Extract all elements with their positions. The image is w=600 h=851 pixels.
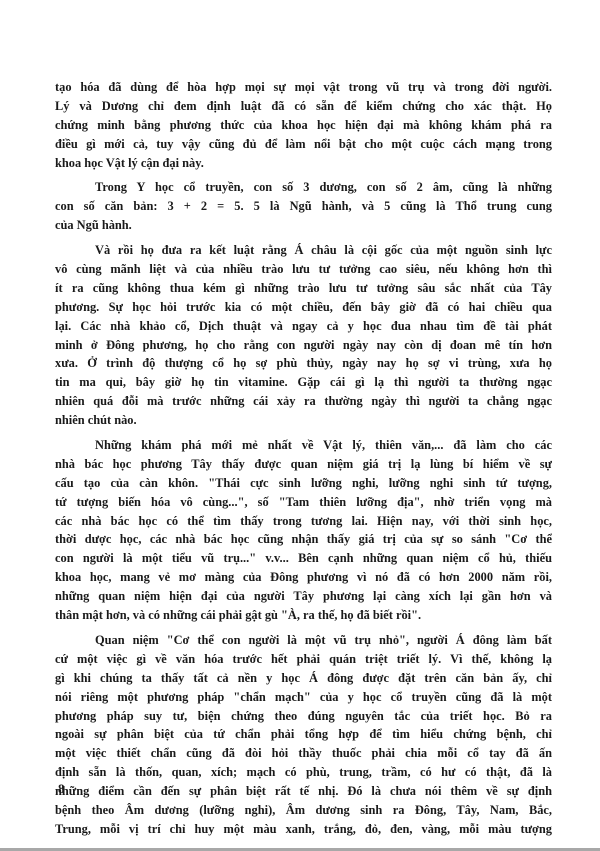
text-line: định sẵn là thốn, quan, xích; mạch có ph… [55,763,552,782]
text-line: cấu tạo của càn khôn. "Thái cực sinh lưỡ… [55,474,552,493]
text-line: con số căn bản: 3 + 2 = 5. 5 là Ngũ hành… [55,197,552,216]
paragraph-2: Trong Y học cổ truyền, con số 3 dương, c… [55,178,552,235]
text-line: xưa. Ở trình độ thượng cổ họ sợ phù thủy… [55,354,552,373]
text-line: các nhà bác học có thể tìm thấy trong tư… [55,512,552,531]
body-text: tạo hóa đã dùng để hòa hợp mọi sự mọi vậ… [55,78,552,839]
paragraph-4: Những khám phá mới mẻ nhất về Vật lý, th… [55,436,552,625]
text-line: những quan niệm hiện đại của người Tây p… [55,587,552,606]
text-line: Quan niệm "Cơ thể con người là một vũ tr… [55,631,552,650]
text-line: lại. Các nhà khảo cổ, Dịch thuật và ngay… [55,317,552,336]
text-line: tin ma quỉ, bây giờ họ tin vitamine. Gặp… [55,373,552,392]
text-line: con người là một tiểu vũ trụ..." v.v... … [55,549,552,568]
text-line: chứng minh bằng phương thức của khoa học… [55,116,552,135]
text-line: khoa học Vật lý cận đại này. [55,154,552,173]
book-page: tạo hóa đã dùng để hòa hợp mọi sự mọi vậ… [0,0,600,848]
text-line: Lý và Dương chỉ đem định luật đã có sẵn … [55,97,552,116]
text-line: điều gì mới cả, tuy vậy cũng đủ để làm n… [55,135,552,154]
text-line: những điểm cần đến sự phân biệt rất tế n… [55,782,552,801]
paragraph-3: Và rồi họ đưa ra kết luật rằng Á châu là… [55,241,552,430]
text-line: thân mật hơn, và có những cái phải gật g… [55,606,552,625]
text-line: tạo hóa đã dùng để hòa hợp mọi sự mọi vậ… [55,78,552,97]
text-line: Và rồi họ đưa ra kết luật rằng Á châu là… [55,241,552,260]
text-line: tứ tượng biến hóa vô cùng...", số "Tam t… [55,493,552,512]
text-line: ngoài sự phân biệt của tứ chẩn phải tổng… [55,725,552,744]
text-line: nhiên quá đỗi mà trước những cái xảy ra … [55,392,552,411]
text-line: nói riêng một phương pháp "chẩn mạch" củ… [55,688,552,707]
text-line: của Ngũ hành. [55,216,552,235]
paragraph-1: tạo hóa đã dùng để hòa hợp mọi sự mọi vậ… [55,78,552,172]
text-line: bệnh theo Âm dương (lưỡng nghi), Âm dươn… [55,801,552,820]
text-line: gì khi chúng ta thấy tất cả nền y học Á … [55,669,552,688]
text-line: một việc thiết chẩn cũng đã đòi hỏi thầy… [55,744,552,763]
page-number: 8 [58,781,65,797]
text-line: phương pháp suy tư, biện chứng theo đúng… [55,707,552,726]
text-line: phương. Sự học hỏi trước kia có một chiề… [55,298,552,317]
text-line: vô cùng mãnh liệt và của nhiều trào lưu … [55,260,552,279]
text-line: ít ra cũng không thua kém gì những trào … [55,279,552,298]
text-line: Trung, mỗi vị trí chỉ huy một màu xanh, … [55,820,552,839]
text-line: Những khám phá mới mẻ nhất về Vật lý, th… [55,436,552,455]
text-line: nhà bác học phương Tây thấy được quan ni… [55,455,552,474]
text-line: cứ một việc gì về văn hóa trước hết phải… [55,650,552,669]
text-line: Trong Y học cổ truyền, con số 3 dương, c… [55,178,552,197]
paragraph-5: Quan niệm "Cơ thể con người là một vũ tr… [55,631,552,839]
text-line: thời dược học, các nhà bác học cũng nhận… [55,530,552,549]
text-line: khoa học, mang vẻ mơ màng của Đông phươn… [55,568,552,587]
text-line: nhiên chút nào. [55,411,552,430]
text-line: minh ở Đông phương, họ cho rằng con ngườ… [55,336,552,355]
